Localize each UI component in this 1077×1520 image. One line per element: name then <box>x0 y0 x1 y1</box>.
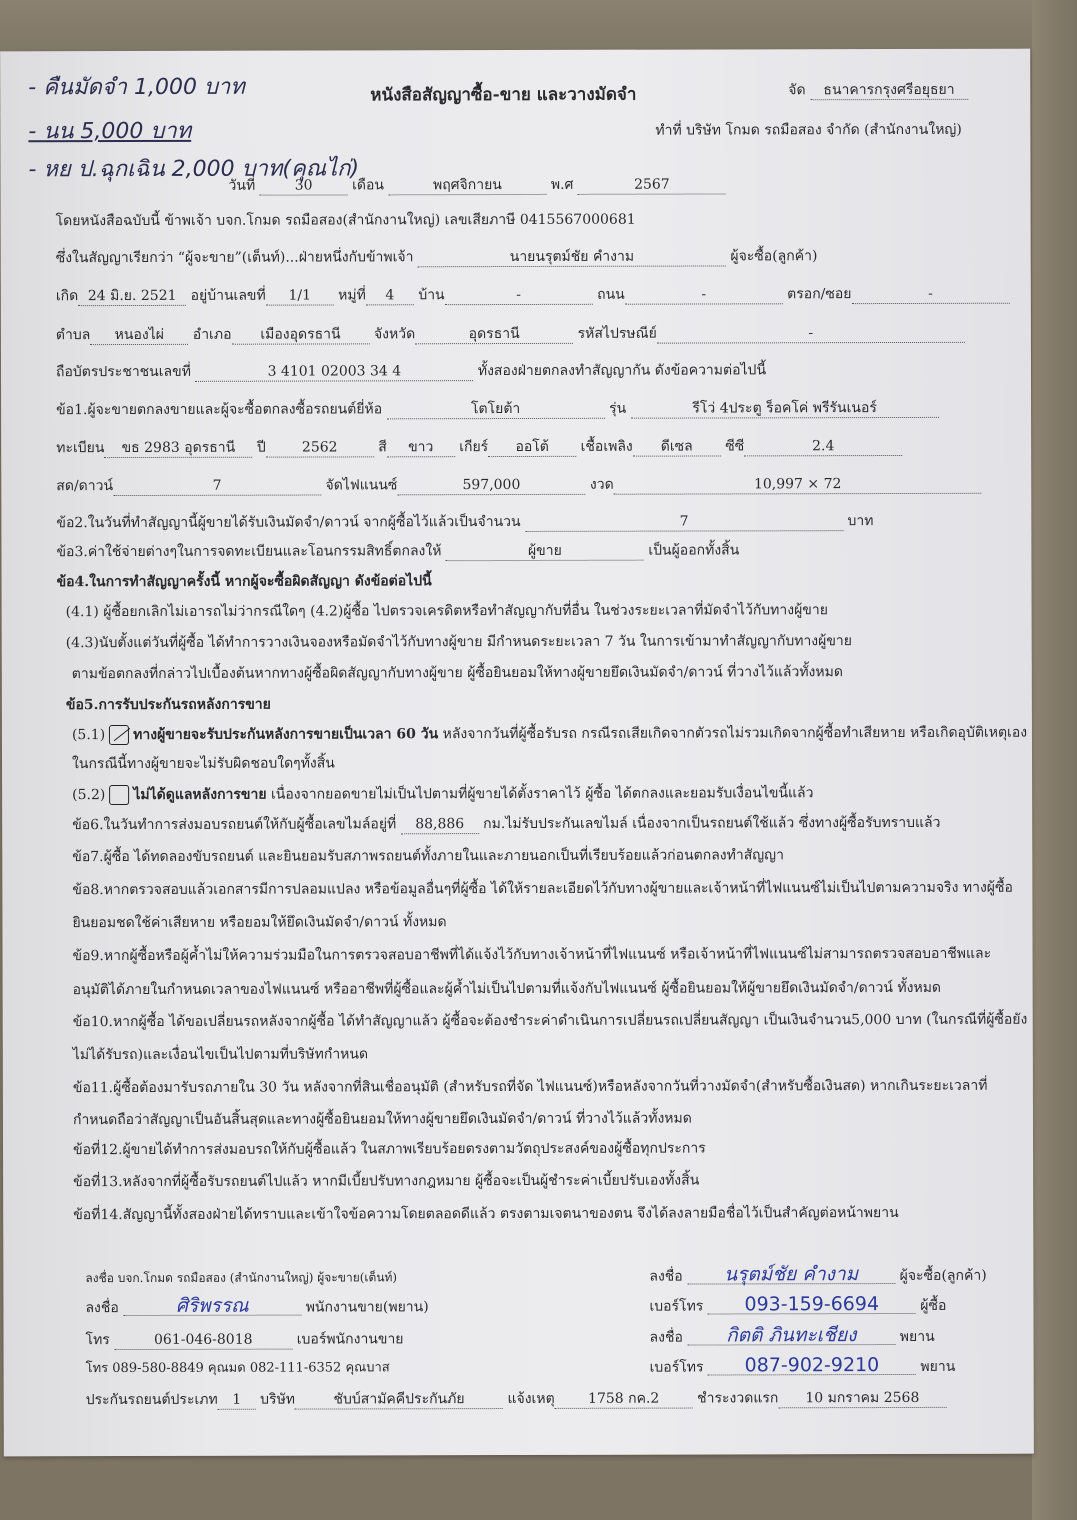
witness-sign-row: ลงชื่อ กิตติ ภินทะเชียง พยาน <box>650 1326 935 1347</box>
clause-4-3: (4.3)นับตั้งแต่วันที่ผู้ซื้อ ได้ทำการวาง… <box>66 632 852 652</box>
clause-13: ข้อที่13.หลังจากที่ผู้ซื้อรับรถยนต์ไปแล้… <box>73 1172 699 1192</box>
insurance-type-label: ประกันรถยนต์ประเภท <box>86 1392 218 1408</box>
clause-6: ข้อ6.ในวันทำการส่งมอบรถยนต์ให้กับผู้ซื้อ… <box>72 814 940 835</box>
clause-8-cont: ยินยอมชดใช้ค่าเสียหาย หรือยอมให้ยึดเงินม… <box>72 913 446 932</box>
finance-amount-value: 597,000 <box>397 476 585 495</box>
sign-label: ลงชื่อ <box>85 1300 118 1316</box>
amphoe-label: อำเภอ <box>193 327 232 343</box>
address-row-2: ตำบลหนองไผ่ อำเภอเมืองอุดรธานี จังหวัดอุ… <box>56 324 965 345</box>
clause-7: ข้อ7.ผู้ซื้อ ได้ทดลองขับรถยนต์ และยินยอม… <box>72 846 784 866</box>
insurance-type: 1 <box>218 1391 256 1410</box>
down-value: 7 <box>113 477 321 497</box>
clause-3: ข้อ3.ค่าใช้จ่ายต่างๆในการจดทะเบียนและโอน… <box>56 541 739 562</box>
clause-12: ข้อที่12.ผู้ขายได้ทำการส่งมอบรถให้กับผู้… <box>73 1140 706 1160</box>
gear-value: ออโต้ <box>488 438 576 457</box>
address-row-1: เกิด24 มิ.ย. 2521 อยู่บ้านเลขที่1/1 หมู่… <box>56 285 1010 306</box>
finance-amount-label: จัดไฟแนนซ์ <box>325 477 397 493</box>
finance-label: จัด <box>788 82 805 98</box>
first-payment-value: 10 มกราคม 2568 <box>778 1389 946 1408</box>
first-payment-label: ชำระงวดแรก <box>697 1390 778 1406</box>
fuel-value: ดีเซล <box>633 437 721 456</box>
staff-phone-label: เบอร์พนักงานขาย <box>297 1331 404 1347</box>
contact-phones: โทร 089-580-8849 คุณมด 082-111-6352 คุณบ… <box>86 1359 390 1378</box>
witness-phone-row: เบอร์โทร 087-902-9210 พยาน <box>650 1356 956 1377</box>
buyer-phone-role: ผู้ซื้อ <box>920 1298 946 1314</box>
model-value: รีโว่ 4ประตู ร็อคโค่ พรีรันเนอร์ <box>631 399 939 419</box>
village-value: - <box>445 286 593 305</box>
down-label: สด/ดาวน์ <box>56 478 113 494</box>
clause-10-cont: ไม่ได้รับรถ)และเงื่อนไขเป็นไปตามที่บริษั… <box>73 1045 368 1064</box>
insurance-company: ชับบ์สามัคคีประกันภัย <box>295 1390 503 1410</box>
finance-field: จัด ธนาคารกรุงศรีอยุธยา <box>788 81 968 100</box>
sign-label: ลงชื่อ <box>649 1269 682 1285</box>
gear-label: เกียร์ <box>459 439 488 455</box>
born-label: เกิด <box>56 288 78 304</box>
soi-label: ตรอก/ซอย <box>787 286 851 302</box>
staff-role: พนักงานขาย(พยาน) <box>306 1299 429 1315</box>
clause-2: ข้อ2.ในวันที่ทำสัญญานี้ผู้ขายได้รับเงินม… <box>56 512 873 533</box>
vyear-label: ปี <box>257 440 266 456</box>
buyer-phone: 093-159-6694 <box>708 1295 916 1315</box>
party-buyer-line: ซึ่งในสัญญาเรียกว่า “ผู้จะขาย”(เต็นท์)..… <box>56 247 818 268</box>
clause-4-1: (4.1) ผู้ซื้อยกเลิกไม่เอารถไม่ว่ากรณีใดๆ… <box>66 601 828 621</box>
vehicle-row-3: สด/ดาวน์7 จัดไฟแนนซ์597,000 งวด10,997 × … <box>56 475 981 496</box>
fuel-label: เชื้อเพลิง <box>581 439 633 455</box>
deposit-value: 7 <box>525 512 843 532</box>
vehicle-row-2: ทะเบียนขธ 2983 อุดรธานี ปี2562 สีขาว เกี… <box>56 437 902 458</box>
clause-5-title: ข้อ5.การรับประกันรถหลังการขาย <box>66 696 271 715</box>
born-value: 24 มิ.ย. 2521 <box>78 287 186 306</box>
tambon-value: หนองไผ่ <box>90 326 188 345</box>
clause-8: ข้อ8.หากตรวจสอบแล้วเอกสารมีการปลอมแปลง ห… <box>72 879 1013 899</box>
clause-5-2-label: (5.2) <box>72 787 105 803</box>
handwritten-note: - นน 5,000 บาท <box>28 113 191 148</box>
postal-value: - <box>657 324 965 344</box>
insurance-company-label: บริษัท <box>260 1392 295 1408</box>
buyer-signature: นรุตม์ชัย คำงาม <box>687 1265 895 1285</box>
clause-9-cont: อนุมัติได้ภายในกำหนดเวลาของไฟแนนซ์ หรืออ… <box>73 979 941 999</box>
deposit-unit: บาท <box>847 513 873 529</box>
day-value: 30 <box>260 176 348 195</box>
clause-4-title: ข้อ4.ในการทำสัญญาครั้งนี้ หากผู้จะซื้อผิ… <box>57 572 432 591</box>
clause-5-1-bold: ทางผู้ขายจะรับประกันหลังการขายเป็นเวลา 6… <box>133 726 438 743</box>
clause-2-text: ข้อ2.ในวันที่ทำสัญญานี้ผู้ขายได้รับเงินม… <box>56 514 520 531</box>
road-label: ถนน <box>597 287 625 303</box>
sign-label: ลงชื่อ <box>650 1330 683 1346</box>
id-suffix: ทั้งสองฝ่ายตกลงทำสัญญากัน ดังข้อความต่อไ… <box>478 362 766 379</box>
clause-9: ข้อ9.หากผู้ซื้อหรือผู้ค้ำไม่ให้ความร่วมม… <box>73 945 992 965</box>
contract-paper: - คืนมัดจำ 1,000 บาท - นน 5,000 บาท - หย… <box>0 49 1034 1457</box>
made-at: ทำที่ บริษัท โกมด รถมือสอง จำกัด (สำนักง… <box>655 121 961 140</box>
insurance-row: ประกันรถยนต์ประเภท1 บริษัทชับบ์สามัคคีปร… <box>86 1389 947 1410</box>
staff-phone-row: โทร 061-046-8018 เบอร์พนักงานขาย <box>86 1330 404 1350</box>
tel-label: โทร <box>86 1332 110 1348</box>
document-title: หนังสือสัญญาซื้อ-ขาย และวางมัดจำ <box>370 86 636 105</box>
color-value: ขาว <box>387 438 455 457</box>
clause-5-2-rest: เนื่องจากยอดขายไม่เป็นไปตามที่ผู้ขายได้ต… <box>267 785 814 802</box>
clause-6-text: ข้อ6.ในวันทำการส่งมอบรถยนต์ให้กับผู้ซื้อ… <box>72 816 396 833</box>
year-label: พ.ศ <box>551 177 574 193</box>
date-row: วันที่ 30 เดือน พฤศจิกายน พ.ศ 2567 <box>228 175 725 195</box>
staff-signature: ศิริพรรณ <box>123 1297 301 1316</box>
clause-3-text: ข้อ3.ค่าใช้จ่ายต่างๆในการจดทะเบียนและโอน… <box>56 543 441 560</box>
no-warranty-checkbox[interactable] <box>109 785 129 805</box>
clause-5-2-bold: ไม่ได้ดูแลหลังการขาย <box>133 787 266 803</box>
staff-phone: 061-046-8018 <box>114 1331 292 1350</box>
moo-value: 4 <box>366 286 414 305</box>
witness-phone: 087-902-9210 <box>708 1356 916 1376</box>
id-label: ถือบัตรประชาชนเลขที่ <box>56 364 191 380</box>
notify-value: 1758 กค.2 <box>555 1390 693 1409</box>
witness-role: พยาน <box>900 1329 935 1345</box>
province-label: จังหวัด <box>374 326 415 342</box>
notify-label: แจ้งเหตุ <box>507 1391 554 1407</box>
party-prefix: ซึ่งในสัญญาเรียกว่า “ผู้จะขาย”(เต็นท์)..… <box>56 249 414 266</box>
buyer-role: ผู้จะซื้อ(ลูกค้า) <box>900 1268 987 1284</box>
mileage-value: 88,886 <box>401 815 479 834</box>
house-value: 1/1 <box>266 286 334 305</box>
clause-14: ข้อที่14.สัญญานี้ทั้งสองฝ่ายได้ทราบและเข… <box>73 1204 898 1224</box>
installment-label: งวด <box>590 477 614 493</box>
clause-5-1-cont: ในกรณีนี้ทางผู้ขายจะไม่รับผิดชอบใดๆทั้งส… <box>72 754 335 773</box>
year-value: 2567 <box>578 175 726 194</box>
phone-label: เบอร์โทร <box>649 1299 703 1315</box>
phone-label: เบอร์โทร <box>650 1360 704 1376</box>
clause-10: ข้อ10.หากผู้ซื้อ ได้ขอเปลี่ยนรถหลังจากผู… <box>73 1011 1028 1031</box>
clause-5-1-label: (5.1) <box>72 727 105 743</box>
clause1-label: ข้อ1.ผู้จะขายตกลงขายและผู้จะซื้อตกลงซื้อ… <box>56 401 382 418</box>
buyer-sign-row: ลงชื่อ นรุตม์ชัย คำงาม ผู้จะซื้อ(ลูกค้า) <box>649 1265 986 1286</box>
vehicle-row-1: ข้อ1.ผู้จะขายตกลงขายและผู้จะซื้อตกลงซื้อ… <box>56 399 939 420</box>
reg-value: ขธ 2983 อุดรธานี <box>104 439 252 458</box>
model-label: รุ่น <box>609 401 626 417</box>
moo-label: หมู่ที่ <box>338 287 366 303</box>
clause-11-cont: กำหนดถือว่าสัญญาเป็นอันสิ้นสุดและทางผู้ซ… <box>73 1110 692 1130</box>
date-label: วันที่ <box>228 178 255 194</box>
clause-5-1-rest: หลังจากวันที่ผู้ซื้อรับรถ กรณีรถเสียเกิด… <box>438 725 1027 743</box>
handwritten-note: - คืนมัดจำ 1,000 บาท <box>28 69 245 105</box>
background-edge <box>1032 0 1077 1520</box>
buyer-phone-row: เบอร์โทร 093-159-6694 ผู้ซื้อ <box>649 1295 946 1316</box>
month-label: เดือน <box>352 177 384 193</box>
id-value: 3 4101 02003 34 4 <box>195 362 473 382</box>
road-value: - <box>625 285 783 304</box>
buyer-name: นายนรุตม์ชัย คำงาม <box>418 247 726 267</box>
province-value: อุดรธานี <box>415 325 573 344</box>
color-label: สี <box>378 439 387 455</box>
staff-sign-row: ลงชื่อ ศิริพรรณ พนักงานขาย(พยาน) <box>85 1296 428 1317</box>
cc-label: ซีซี <box>725 438 744 454</box>
id-row: ถือบัตรประชาชนเลขที่ 3 4101 02003 34 4 ท… <box>56 361 766 382</box>
clause-5-1: (5.1)ทางผู้ขายจะรับประกันหลังการขายเป็นเ… <box>72 723 1027 746</box>
party-seller-line: โดยหนังสือฉบับนี้ ข้าพเจ้า บจก.โกมด รถมื… <box>56 211 636 231</box>
finance-value: ธนาคารกรุงศรีอยุธยา <box>810 81 968 100</box>
warranty-checkbox[interactable] <box>109 725 129 745</box>
cc-value: 2.4 <box>744 437 902 456</box>
village-label: บ้าน <box>418 287 444 303</box>
house-label: อยู่บ้านเลขที่ <box>191 288 266 304</box>
buyer-suffix: ผู้จะซื้อ(ลูกค้า) <box>730 248 817 264</box>
vyear-value: 2562 <box>266 438 374 457</box>
reg-label: ทะเบียน <box>56 440 104 456</box>
brand-value: โตโยต้า <box>387 400 605 420</box>
witness-phone-role: พยาน <box>920 1359 955 1375</box>
postal-label: รหัสไปรษณีย์ <box>578 326 657 342</box>
witness-signature: กิตติ ภินทะเชียง <box>687 1326 895 1346</box>
installment-value: 10,997 × 72 <box>614 475 982 495</box>
clause-5-2: (5.2)ไม่ได้ดูแลหลังการขาย เนื่องจากยอดขา… <box>72 783 813 805</box>
tambon-label: ตำบล <box>56 327 90 343</box>
clause-4-4: ตามข้อตกลงที่กล่าวไปเบื้องต้นหากทางผู้ซื… <box>72 663 843 683</box>
month-value: พฤศจิกายน <box>388 176 546 195</box>
clause-11: ข้อ11.ผู้ซื้อต้องมารับรถภายใน 30 วัน หลั… <box>73 1077 988 1097</box>
amphoe-value: เมืองอุดรธานี <box>231 325 369 344</box>
seller-sign-line: ลงชื่อ บจก.โกมด รถมือสอง (สำนักงานใหญ่) … <box>85 1268 397 1287</box>
clause-6-suffix: กม.ไม่รับประกันเลขไมล์ เนื่องจากเป็นรถยน… <box>483 815 940 832</box>
soi-value: - <box>851 285 1009 304</box>
clause-3-suffix: เป็นผู้ออกทั้งสิ้น <box>648 542 739 558</box>
transfer-payer: ผู้ขาย <box>446 542 644 562</box>
